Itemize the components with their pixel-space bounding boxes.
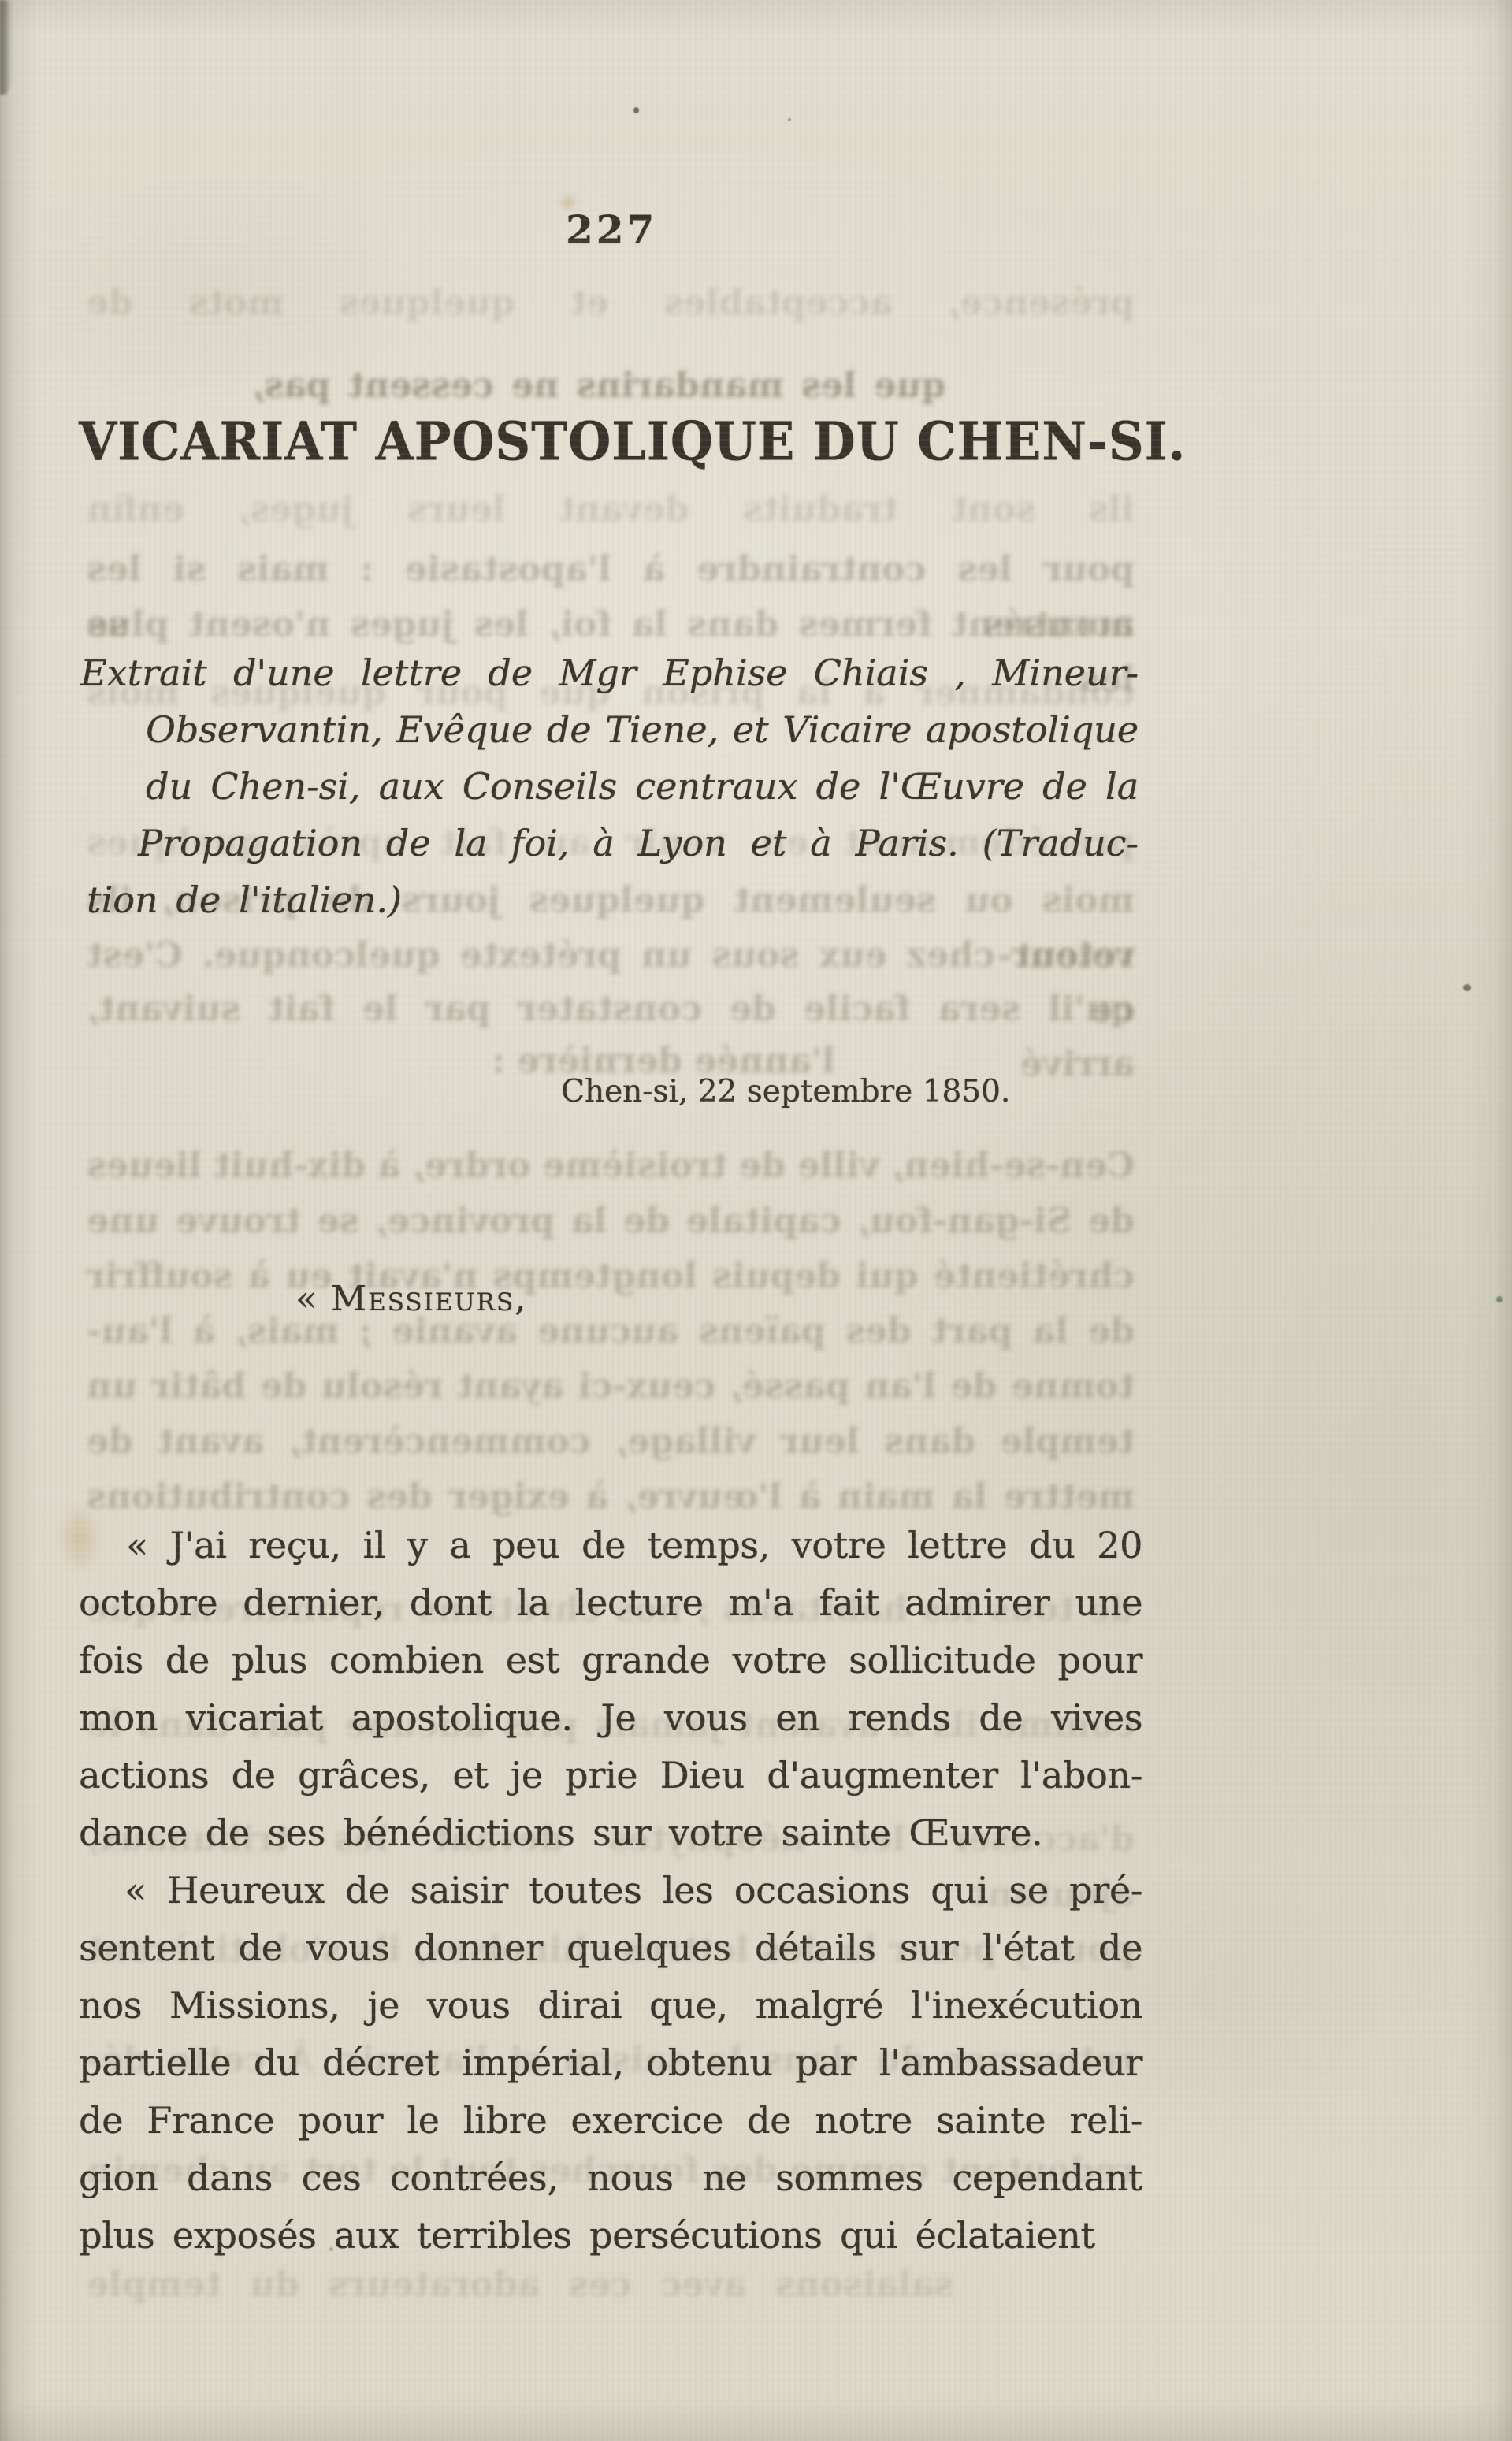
bleedthrough-line: chrétienté qui depuis longtemps n'avait … — [87, 1249, 1135, 1304]
intro-line: Propagation de la foi, à Lyon et à Paris… — [79, 815, 1139, 871]
bleedthrough-line: pour les contraindre à l'apostasie : mai… — [87, 542, 1135, 597]
bleedthrough-line: voient chez eux sous un prétexte quelcon… — [87, 928, 1135, 983]
binding-corner-shadow — [0, 0, 14, 95]
body-line: gion dans ces contrées, nous ne sommes c… — [79, 2149, 1142, 2207]
body-line: fois de plus combien est grande votre so… — [79, 1632, 1142, 1689]
bleedthrough-text: Cen-se-hien, ville de troisième ordre, à… — [87, 1146, 1135, 1186]
paper-speck — [1463, 984, 1471, 991]
intro-line-text: Observantin, Evêque de Tiene, et Vicaire… — [146, 708, 1139, 751]
salutation: « Messieurs, — [295, 1275, 527, 1324]
bleedthrough-text: de Si-gan-fou, capitale de la province, … — [87, 1201, 1135, 1241]
body-line-text: de France pour le libre exercice de notr… — [79, 2099, 1142, 2142]
body-line: actions de grâces, et je prie Dieu d'aug… — [79, 1747, 1142, 1804]
body-line-text: sentent de vous donner quelques détails … — [79, 1926, 1142, 1969]
body-line-text: « Heureux de saisir toutes les occasions… — [124, 1869, 1142, 1912]
body-line-text: actions de grâces, et je prie Dieu d'aug… — [79, 1754, 1142, 1796]
body-line-text: fois de plus combien est grande votre so… — [79, 1639, 1142, 1681]
bleedthrough-text: chrétienté qui depuis longtemps n'avait … — [87, 1256, 1135, 1296]
intro-citation-block: Extrait d'une lettre de Mgr Ephise Chiai… — [79, 645, 1139, 928]
bleedthrough-line: Cen-se-hien, ville de troisième ordre, à… — [87, 1139, 1135, 1194]
body-line-text: « J'ai reçu, il y a peu de temps, votre … — [126, 1524, 1142, 1566]
body-line-text: mon vicariat apostolique. Je vous en ren… — [79, 1696, 1142, 1739]
intro-line-text: Extrait d'une lettre de Mgr Ephise Chiai… — [80, 652, 1139, 694]
bleedthrough-text: que les mandarins ne cessent pas, — [252, 366, 945, 406]
page-number: 227 — [79, 206, 1144, 253]
bleedthrough-text: salaisons avec ces adorateurs du temple — [87, 2265, 953, 2305]
bleedthrough-text: temple dans leur village, commencèrent, … — [87, 1421, 1135, 1462]
body-line-text: partielle du décret impérial, obtenu par… — [79, 2042, 1142, 2084]
bleedthrough-line: présence, acceptables et quelques mots d… — [87, 276, 1135, 331]
bleedthrough-text: pour les contraindre à l'apostasie : mai… — [87, 549, 1135, 645]
paper-speck — [1496, 1296, 1503, 1302]
bleedthrough-line: de Si-gan-fou, capitale de la province, … — [87, 1194, 1135, 1249]
body-line: « J'ai reçu, il y a peu de temps, votre … — [79, 1517, 1142, 1574]
intro-line: Extrait d'une lettre de Mgr Ephise Chiai… — [79, 645, 1139, 701]
body-line-text: nos Missions, je vous dirai que, malgré … — [79, 1984, 1142, 2027]
body-line: partielle du décret impérial, obtenu par… — [79, 2034, 1142, 2092]
body-line-text: dance de ses bénédictions sur votre sain… — [79, 1811, 1042, 1854]
bleedthrough-line: de la part des païens aucune avanie ; ma… — [87, 1304, 1135, 1359]
intro-line: du Chen-si, aux Conseils centraux de l'Œ… — [79, 758, 1139, 815]
bleedthrough-line: temple dans leur village, commencèrent, … — [87, 1414, 1135, 1469]
bleedthrough-line: qu'il sera facile de constater par le fa… — [87, 982, 1135, 1037]
dateline: Chen-si, 22 septembre 1850. — [561, 1068, 1010, 1116]
bleedthrough-text: présence, acceptables et quelques mots d… — [87, 283, 1135, 323]
scanned-book-page: présence, acceptables et quelques mots d… — [0, 0, 1512, 2441]
body-line: mon vicariat apostolique. Je vous en ren… — [79, 1689, 1142, 1747]
bleedthrough-line: tomne de l'an passé, ceux-ci ayant résol… — [87, 1359, 1135, 1414]
bleedthrough-line: salaisons avec ces adorateurs du temple — [87, 2257, 953, 2313]
letter-body: « J'ai reçu, il y a peu de temps, votre … — [79, 1517, 1142, 2265]
bleedthrough-text: voient chez eux sous un prétexte quelcon… — [87, 935, 1135, 1031]
article-title: VICARIAT APOSTOLIQUE DU CHEN-SI. — [79, 411, 1144, 473]
body-line: dance de ses bénédictions sur votre sain… — [79, 1804, 1142, 1862]
paper-speck — [788, 118, 791, 121]
body-line: sentent de vous donner quelques détails … — [79, 1919, 1142, 1977]
bleedthrough-line: que les mandarins ne cessent pas, — [252, 359, 945, 414]
body-line: de France pour le libre exercice de notr… — [79, 2092, 1142, 2149]
body-line: nos Missions, je vous dirai que, malgré … — [79, 1977, 1142, 2034]
intro-line-text: Propagation de la foi, à Lyon et à Paris… — [138, 822, 1139, 864]
bleedthrough-text: ils sont traduits devant leurs juges, en… — [87, 489, 1135, 529]
body-line-text: gion dans ces contrées, nous ne sommes c… — [79, 2157, 1142, 2199]
bleedthrough-text: tomne de l'an passé, ceux-ci ayant résol… — [87, 1366, 1135, 1406]
intro-line: Observantin, Evêque de Tiene, et Vicaire… — [79, 701, 1139, 758]
body-line: octobre dernier, dont la lecture m'a fai… — [79, 1574, 1142, 1632]
paper-speck — [633, 107, 639, 113]
bleedthrough-line: ils sont traduits devant leurs juges, en… — [87, 482, 1135, 537]
body-line: « Heureux de saisir toutes les occasions… — [79, 1862, 1142, 1919]
body-line-text: octobre dernier, dont la lecture m'a fai… — [79, 1581, 1142, 1624]
bleedthrough-text: de la part des païens aucune avanie ; ma… — [87, 1311, 1135, 1351]
bleedthrough-text: mettre la main à l'œuvre, à exiger des c… — [87, 1477, 1135, 1517]
intro-line-text: tion de l'italien.) — [87, 879, 402, 921]
body-line-text: plus exposés aux terribles persécutions … — [79, 2214, 1095, 2257]
intro-line-text: du Chen-si, aux Conseils centraux de l'Œ… — [146, 765, 1139, 808]
body-line: plus exposés aux terribles persécutions … — [79, 2207, 1142, 2265]
